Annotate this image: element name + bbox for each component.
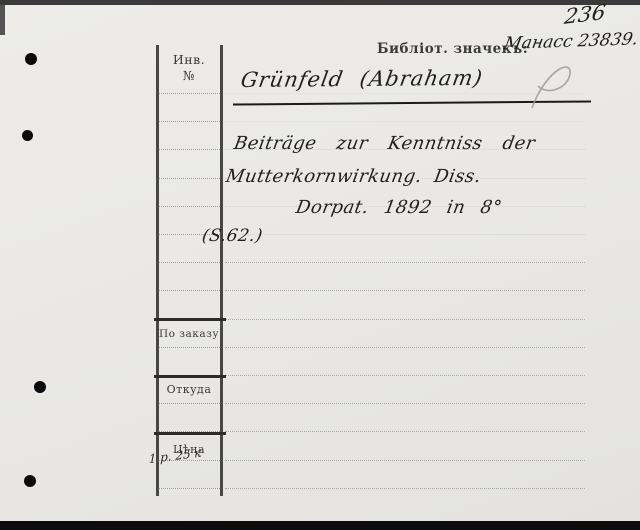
- column-ruling-line: [158, 262, 220, 263]
- punch-hole: [25, 53, 37, 65]
- column-ruling-line: [158, 93, 220, 94]
- author-heading-handwritten: Grünfeld (Abraham): [239, 66, 485, 92]
- main-ruling-line: [225, 403, 585, 404]
- main-ruling-line: [225, 290, 585, 291]
- scan-top-edge: [0, 0, 640, 5]
- page-number-handwritten: 236: [563, 0, 607, 29]
- column-ruling-line: [158, 488, 220, 489]
- main-ruling-line: [225, 375, 585, 376]
- title-line2-handwritten: Mutterkornwirkung. Diss.: [224, 166, 483, 187]
- column-ruling-line: [158, 206, 220, 207]
- punch-hole: [22, 130, 33, 141]
- column-ruling-line: [158, 149, 220, 150]
- inventory-number-label: Инв. №: [156, 52, 222, 84]
- main-ruling-line: [225, 431, 585, 432]
- main-ruling-line: [225, 262, 585, 263]
- main-ruling-line: [225, 460, 585, 461]
- punch-hole: [34, 381, 46, 393]
- column-right-rule: [220, 45, 223, 496]
- on-order-label: По заказу: [156, 328, 222, 340]
- pages-note-handwritten: (S.62.): [200, 226, 264, 246]
- main-ruling-line: [225, 234, 585, 235]
- inventory-label-line2: №: [156, 68, 222, 84]
- column-ruling-line: [158, 403, 220, 404]
- main-ruling-line: [225, 121, 585, 122]
- pencil-flourish: [520, 56, 582, 114]
- origin-label: Откуда: [156, 383, 222, 396]
- main-ruling-line: [225, 488, 585, 489]
- section-divider: [154, 318, 226, 321]
- imprint-line-handwritten: Dorpat. 1892 in 8°: [294, 197, 504, 218]
- column-ruling-line: [158, 347, 220, 348]
- scan-bottom-edge: [0, 521, 640, 530]
- main-ruling-line: [225, 347, 585, 348]
- main-ruling-line: [225, 319, 585, 320]
- scan-left-edge: [0, 5, 5, 35]
- section-divider: [154, 432, 226, 435]
- column-ruling-line: [158, 178, 220, 179]
- title-line1-handwritten: Beiträge zur Kenntniss der: [232, 133, 537, 154]
- punch-hole: [24, 475, 36, 487]
- column-ruling-line: [158, 121, 220, 122]
- column-ruling-line: [158, 290, 220, 291]
- library-mark-value-handwritten: Манасс 23839.: [502, 29, 639, 54]
- scanned-catalog-card: 236 Библіот. значекъ: Манасс 23839. Инв.…: [0, 0, 640, 530]
- inventory-label-line1: Инв.: [156, 52, 222, 68]
- section-divider: [154, 375, 226, 378]
- column-left-rule: [156, 45, 159, 496]
